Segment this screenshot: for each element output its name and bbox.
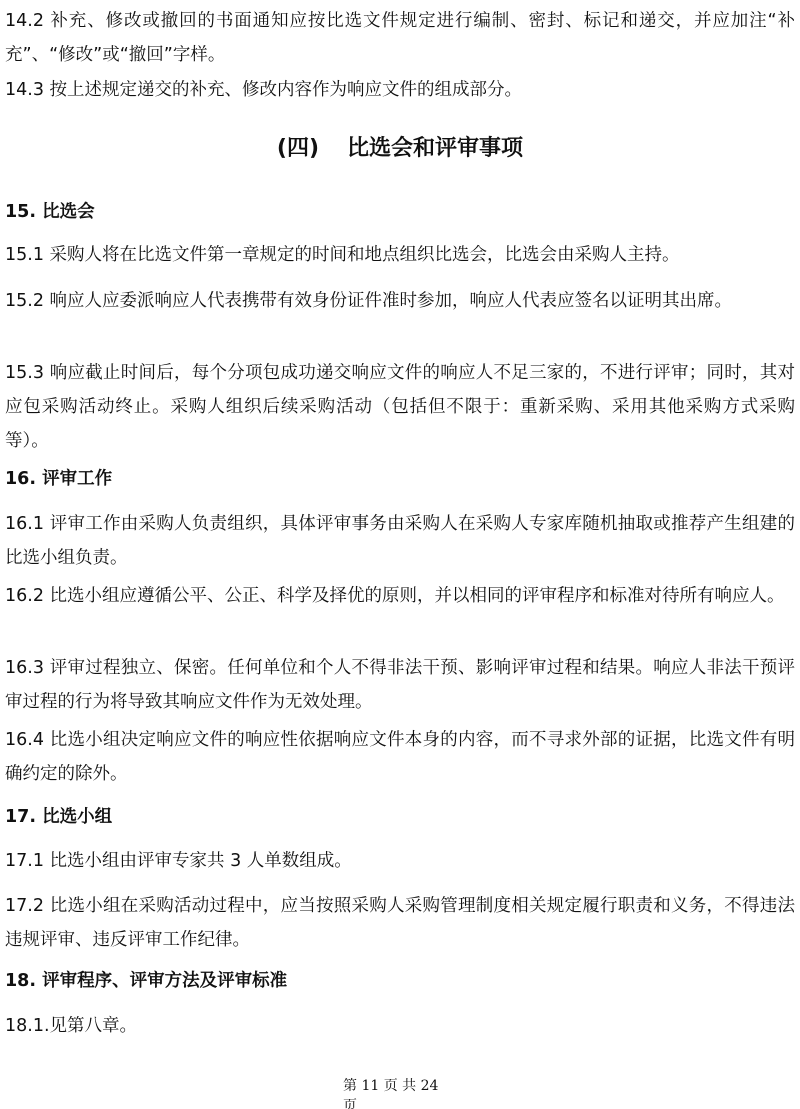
paragraph-14-2: 14.2 补充、修改或撤回的书面通知应按比选文件规定进行编制、密封、标记和递交，… <box>5 4 795 72</box>
page-footer: 第 11 页 共 24 页 <box>343 1076 473 1109</box>
paragraph-14-3: 14.3 按上述规定递交的补充、修改内容作为响应文件的组成部分。 <box>5 73 795 107</box>
page-number-line2: 页 <box>343 1096 473 1109</box>
paragraph-15-3: 15.3 响应截止时间后，每个分项包成功递交响应文件的响应人不足三家的，不进行评… <box>5 356 795 458</box>
heading-16: 16. 评审工作 <box>5 462 112 496</box>
section-title: (四)比选会和评审事项 <box>0 132 800 166</box>
section-number: (四) <box>277 136 319 161</box>
paragraph-15-2: 15.2 响应人应委派响应人代表携带有效身份证件准时参加，响应人代表应签名以证明… <box>5 284 795 318</box>
heading-18: 18. 评审程序、评审方法及评审标准 <box>5 964 287 998</box>
paragraph-18-1: 18.1.见第八章。 <box>5 1009 795 1043</box>
section-title-text: 比选会和评审事项 <box>347 136 523 161</box>
paragraph-16-1: 16.1 评审工作由采购人负责组织，具体评审事务由采购人在采购人专家库随机抽取或… <box>5 507 795 575</box>
paragraph-17-2: 17.2 比选小组在采购活动过程中，应当按照采购人采购管理制度相关规定履行职责和… <box>5 889 795 957</box>
paragraph-17-1: 17.1 比选小组由评审专家共 3 人单数组成。 <box>5 844 795 878</box>
document-page: 14.2 补充、修改或撤回的书面通知应按比选文件规定进行编制、密封、标记和递交，… <box>0 0 800 1109</box>
paragraph-16-3: 16.3 评审过程独立、保密。任何单位和个人不得非法干预、影响评审过程和结果。响… <box>5 651 795 719</box>
paragraph-16-2: 16.2 比选小组应遵循公平、公正、科学及择优的原则，并以相同的评审程序和标准对… <box>5 579 795 613</box>
heading-15: 15. 比选会 <box>5 195 95 229</box>
paragraph-16-4: 16.4 比选小组决定响应文件的响应性依据响应文件本身的内容，而不寻求外部的证据… <box>5 723 795 791</box>
paragraph-15-1: 15.1 采购人将在比选文件第一章规定的时间和地点组织比选会，比选会由采购人主持… <box>5 238 795 272</box>
page-number-line1: 第 11 页 共 24 <box>343 1078 438 1094</box>
heading-17: 17. 比选小组 <box>5 800 112 834</box>
